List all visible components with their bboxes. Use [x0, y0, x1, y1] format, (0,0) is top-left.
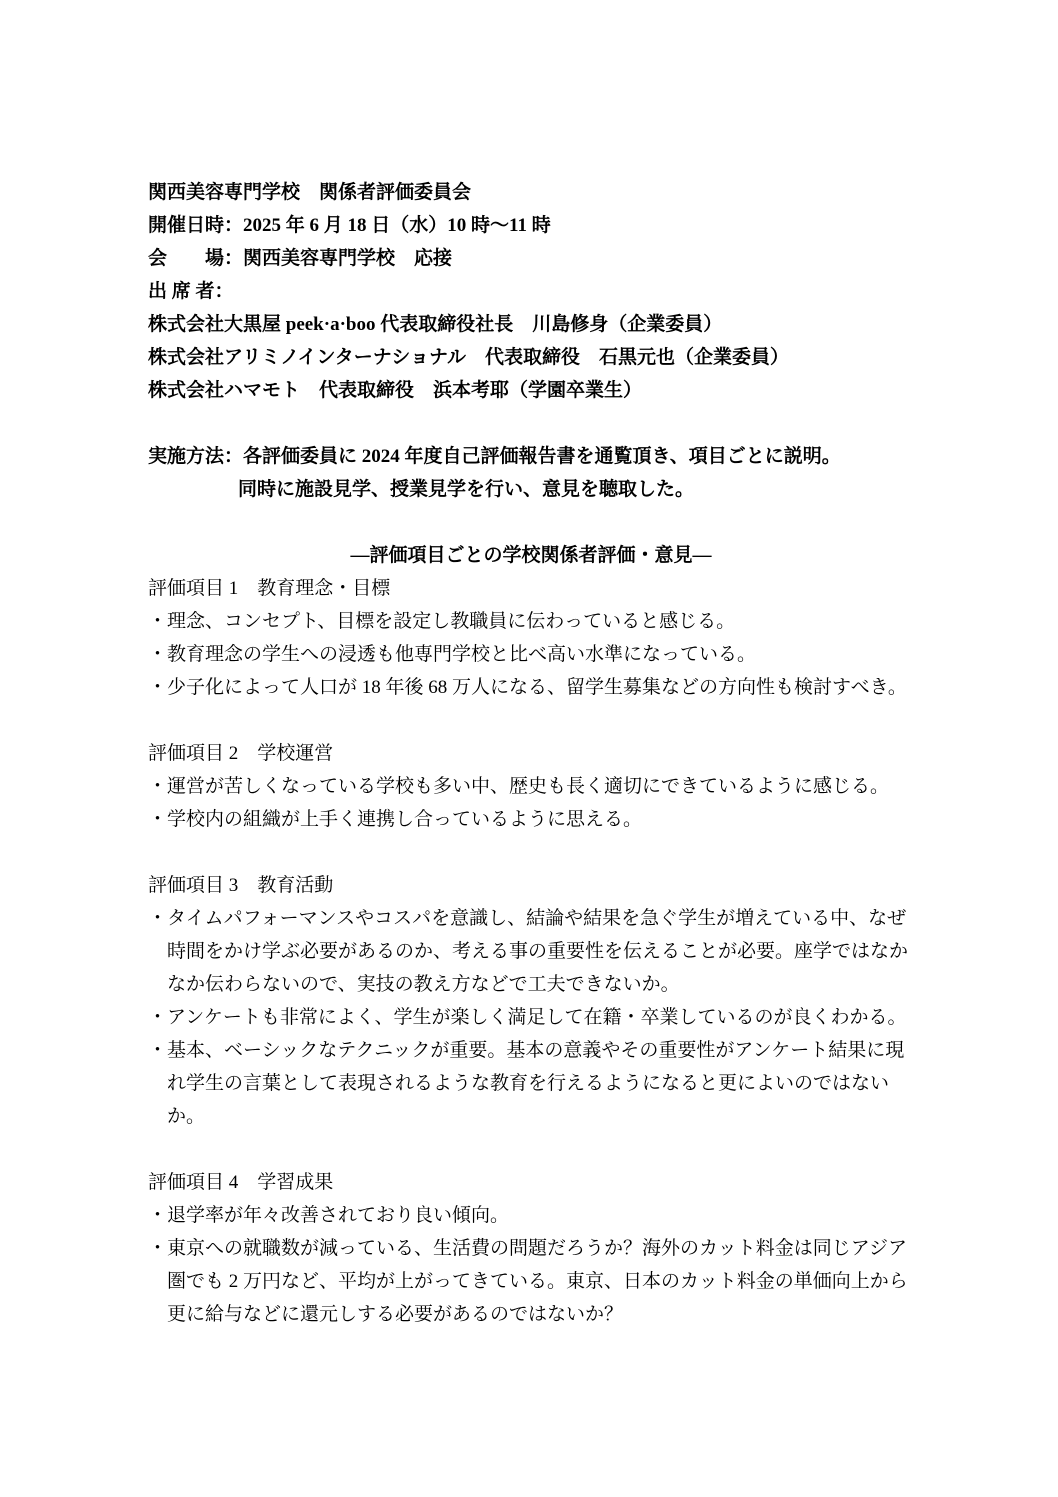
- document-page: 関西美容専門学校 関係者評価委員会 開催日時：2025 年 6 月 18 日（水…: [0, 0, 1058, 1497]
- blank-line: [148, 506, 914, 539]
- evaluation-item-4: 評価項目 4 学習成果 ・退学率が年々改善されており良い傾向。 ・東京への就職数…: [148, 1166, 914, 1331]
- bullet-item: ・退学率が年々改善されており良い傾向。: [148, 1199, 914, 1232]
- attendee-line: 株式会社ハマモト 代表取締役 浜本考耶（学園卒業生）: [148, 374, 914, 407]
- meeting-datetime: 開催日時：2025 年 6 月 18 日（水）10 時～11 時: [148, 209, 914, 242]
- attendees-label: 出 席 者：: [148, 275, 914, 308]
- evaluation-item-3: 評価項目 3 教育活動 ・タイムパフォーマンスやコスパを意識し、結論や結果を急ぐ…: [148, 869, 914, 1133]
- bullet-item: ・理念、コンセプト、目標を設定し教職員に伝わっていると感じる。: [148, 605, 914, 638]
- bullet-item: ・基本、ベーシックなテクニックが重要。基本の意義やその重要性がアンケート結果に現…: [148, 1034, 914, 1133]
- section-heading: 評価項目 1 教育理念・目標: [148, 572, 914, 605]
- bullet-item: ・アンケートも非常によく、学生が楽しく満足して在籍・卒業しているのが良くわかる。: [148, 1001, 914, 1034]
- document-content: 関西美容専門学校 関係者評価委員会 開催日時：2025 年 6 月 18 日（水…: [0, 0, 1058, 1331]
- section-heading: 評価項目 2 学校運営: [148, 737, 914, 770]
- bullet-item: ・タイムパフォーマンスやコスパを意識し、結論や結果を急ぐ学生が増えている中、なぜ…: [148, 902, 914, 1001]
- document-title: 関西美容専門学校 関係者評価委員会: [148, 176, 914, 209]
- section-heading: 評価項目 3 教育活動: [148, 869, 914, 902]
- evaluation-section-heading: ―評価項目ごとの学校関係者評価・意見―: [148, 539, 914, 572]
- bullet-item: ・東京への就職数が減っている、生活費の問題だろうか？海外のカット料金は同じアジア…: [148, 1232, 914, 1331]
- bullet-item: ・運営が苦しくなっている学校も多い中、歴史も長く適切にできているように感じる。: [148, 770, 914, 803]
- evaluation-item-2: 評価項目 2 学校運営 ・運営が苦しくなっている学校も多い中、歴史も長く適切にで…: [148, 737, 914, 836]
- attendee-line: 株式会社アリミノインターナショナル 代表取締役 石黒元也（企業委員）: [148, 341, 914, 374]
- attendee-line: 株式会社大黒屋 peek·a·boo 代表取締役社長 川島修身（企業委員）: [148, 308, 914, 341]
- section-heading: 評価項目 4 学習成果: [148, 1166, 914, 1199]
- bullet-item: ・少子化によって人口が 18 年後 68 万人になる、留学生募集などの方向性も検…: [148, 671, 914, 704]
- bullet-item: ・教育理念の学生への浸透も他専門学校と比べ高い水準になっている。: [148, 638, 914, 671]
- bullet-item: ・学校内の組織が上手く連携し合っているように思える。: [148, 803, 914, 836]
- evaluation-item-1: 評価項目 1 教育理念・目標 ・理念、コンセプト、目標を設定し教職員に伝わってい…: [148, 572, 914, 704]
- blank-line: [148, 407, 914, 440]
- method-line-1: 実施方法：各評価委員に 2024 年度自己評価報告書を通覧頂き、項目ごとに説明。: [148, 440, 914, 473]
- method-line-2: 同時に施設見学、授業見学を行い、意見を聴取した。: [148, 473, 914, 506]
- meeting-venue: 会 場：関西美容専門学校 応接: [148, 242, 914, 275]
